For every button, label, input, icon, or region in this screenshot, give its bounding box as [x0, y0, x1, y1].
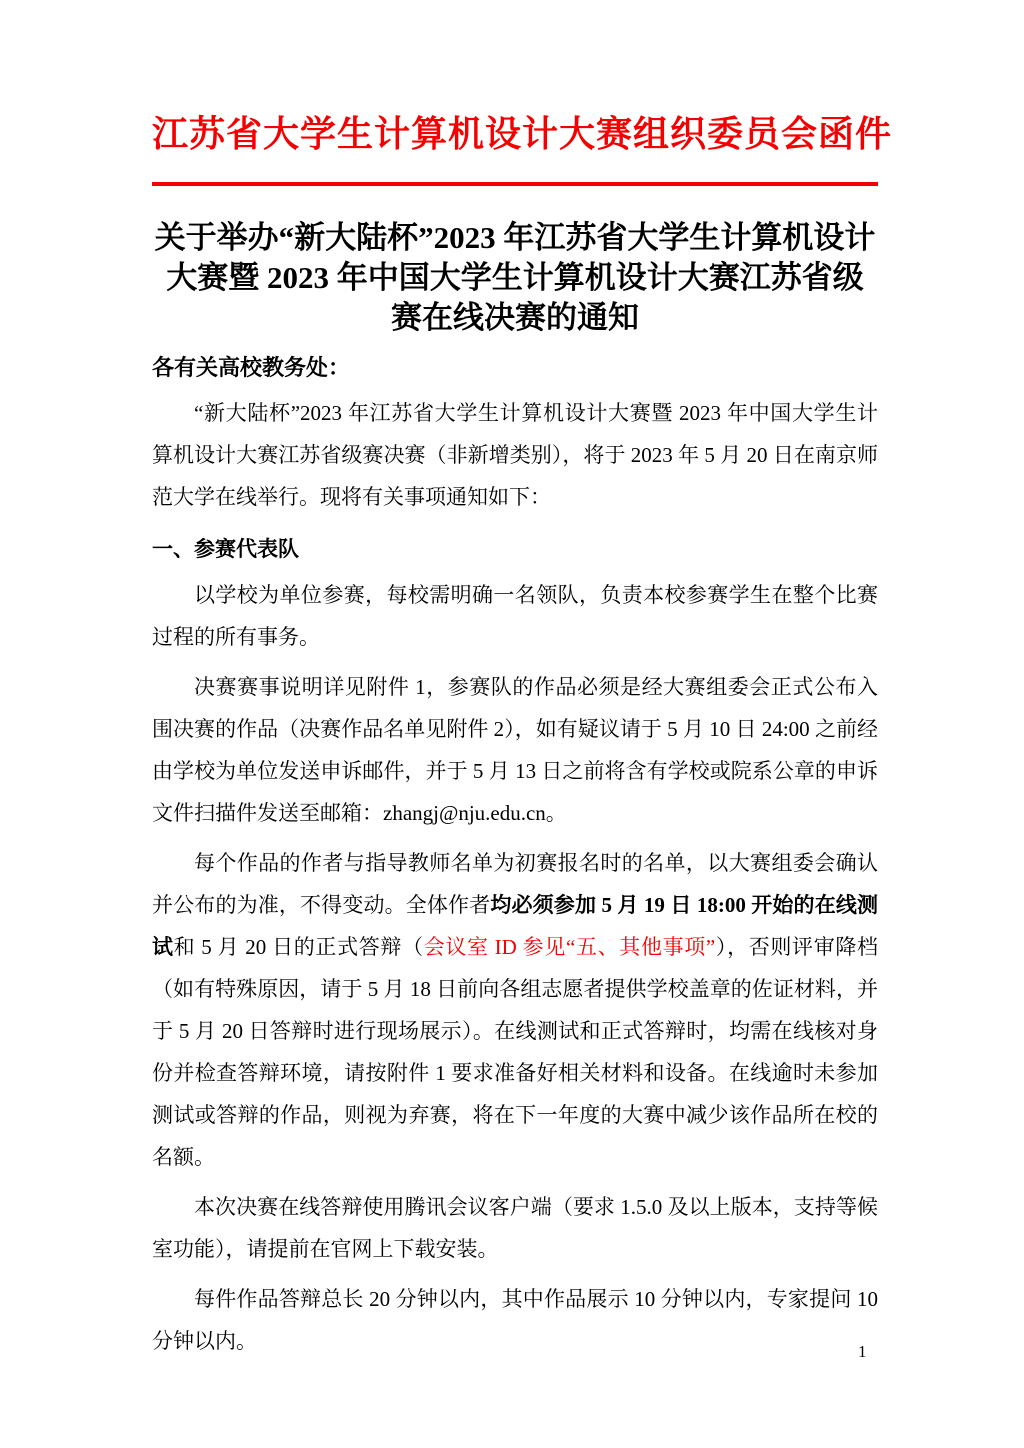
salutation: 各有关高校教务处：	[152, 352, 878, 384]
letterhead-title: 江苏省大学生计算机设计大赛组织委员会函件	[152, 112, 878, 156]
document-page: 江苏省大学生计算机设计大赛组织委员会函件 关于举办“新大陆杯”2023 年江苏省…	[0, 0, 1024, 1448]
paragraph-intro: “新大陆杯”2023 年江苏省大学生计算机设计大赛暨 2023 年中国大学生计算…	[152, 392, 878, 518]
defense-mid-text: 和 5 月 20 日的正式答辩（	[174, 935, 424, 959]
paragraph-defense-duration: 每件作品答辩总长 20 分钟以内，其中作品展示 10 分钟以内，专家提问 10 …	[152, 1278, 878, 1362]
notice-title: 关于举办“新大陆杯”2023 年江苏省大学生计算机设计大赛暨 2023 年中国大…	[154, 218, 876, 338]
paragraph-tencent-meeting: 本次决赛在线答辩使用腾讯会议客户端（要求 1.5.0 及以上版本，支持等候室功能…	[152, 1186, 878, 1270]
defense-red-note: 会议室 ID 参见“五、其他事项”	[424, 935, 716, 959]
section-heading-1: 一、参赛代表队	[152, 534, 878, 566]
appeal-text-end: 。	[546, 801, 567, 825]
paragraph-defense-rules: 每个作品的作者与指导教师名单为初赛报名时的名单，以大赛组委会确认并公布的为准，不…	[152, 842, 878, 1178]
paragraph-team: 以学校为单位参赛，每校需明确一名领队，负责本校参赛学生在整个比赛过程的所有事务。	[152, 574, 878, 658]
paragraph-appeal: 决赛赛事说明详见附件 1，参赛队的作品必须是经大赛组委会正式公布入围决赛的作品（…	[152, 666, 878, 834]
letterhead-divider	[152, 182, 878, 186]
defense-tail-text: ），否则评审降档（如有特殊原因，请于 5 月 18 日前向各组志愿者提供学校盖章…	[152, 935, 878, 1169]
page-number: 1	[858, 1342, 867, 1362]
document-content: 江苏省大学生计算机设计大赛组织委员会函件 关于举办“新大陆杯”2023 年江苏省…	[0, 0, 1024, 1362]
appeal-email: zhangj@nju.edu.cn	[383, 801, 546, 825]
